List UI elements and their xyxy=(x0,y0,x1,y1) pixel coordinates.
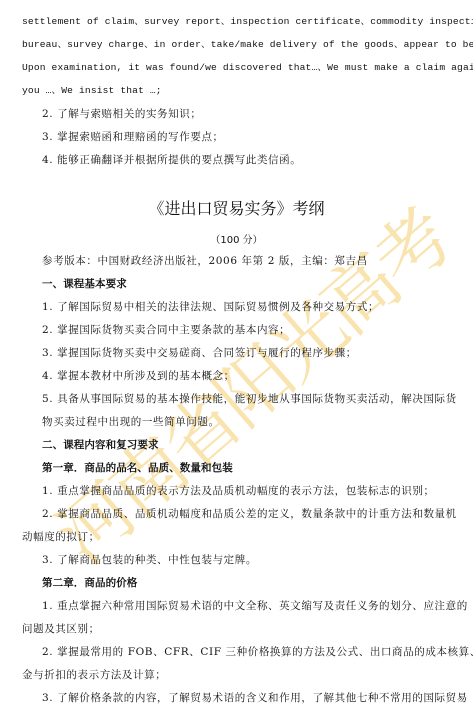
list-item: 4. 掌握本教材中所涉及到的基本概念； xyxy=(42,369,452,383)
section-heading: 一、课程基本要求 xyxy=(42,277,452,291)
list-item-continued: 问题及其区别； xyxy=(22,622,432,636)
list-item: 3. 掌握国际货物买卖中交易磋商、合同签订与履行的程序步骤； xyxy=(42,346,452,360)
chapter-heading: 第一章．商品的品名、品质、数量和包装 xyxy=(42,461,452,475)
list-item: 3. 了解商品包装的种类、中性包装与定牌。 xyxy=(42,553,452,567)
list-item: 2. 掌握最常用的 FOB、CFR、CIF 三种价格换算的方法及公式、出口商品的… xyxy=(42,645,452,659)
list-item: 3. 掌握索赔函和理赔函的写作要点； xyxy=(42,130,452,144)
list-item-continued: 金与折扣的表示方法及计算； xyxy=(22,668,432,682)
reference-edition: 参考版本：中国财政经济出版社，2006 年第 2 版，主编：郑吉昌 xyxy=(42,254,452,268)
list-item: 5. 具备从事国际贸易的基本操作技能，能初步地从事国际货物买卖活动，解决国际货 xyxy=(42,392,452,406)
list-item: 2. 掌握国际货物买卖合同中主要条款的基本内容； xyxy=(42,323,452,337)
list-item: 2. 掌握商品品质、品质机动幅度和品质公差的定义，数量条款中的计重方法和数量机 xyxy=(42,507,452,521)
section-heading: 二、课程内容和复习要求 xyxy=(42,438,452,452)
list-item: 3. 了解价格条款的内容，了解贸易术语的含义和作用，了解其他七种不常用的国际贸易 xyxy=(42,691,452,705)
score-label: （100 分） xyxy=(0,231,473,246)
intro-line: Upon examination, it was found/we discov… xyxy=(22,61,432,75)
list-item: 2. 了解与索赔相关的实务知识； xyxy=(42,107,452,121)
list-item: 1. 了解国际贸易中相关的法律法规、国际贸易惯例及各种交易方式； xyxy=(42,300,452,314)
list-item-continued: 物买卖过程中出现的一些简单问题。 xyxy=(42,415,452,429)
document-title: 《进出口贸易实务》考纲 xyxy=(0,196,473,219)
intro-line: bureau、survey charge、in order、take/make … xyxy=(22,38,432,52)
chapter-heading: 第二章．商品的价格 xyxy=(42,576,452,590)
intro-line: you …、We insist that …; xyxy=(22,84,432,98)
text-layer: settlement of claim、survey report、inspec… xyxy=(0,0,473,711)
list-item: 1. 重点掌握六种常用国际贸易术语的中文全称、英文缩写及责任义务的划分、应注意的 xyxy=(42,599,452,613)
document-page: 河南省阳光高考 settlement of claim、survey repor… xyxy=(0,0,473,711)
list-item: 4. 能够正确翻译并根据所提供的要点撰写此类信函。 xyxy=(42,153,452,167)
list-item-continued: 动幅度的拟订； xyxy=(22,530,432,544)
list-item: 1. 重点掌握商品品质的表示方法及品质机动幅度的表示方法，包装标志的识别； xyxy=(42,484,452,498)
intro-line: settlement of claim、survey report、inspec… xyxy=(22,15,432,29)
